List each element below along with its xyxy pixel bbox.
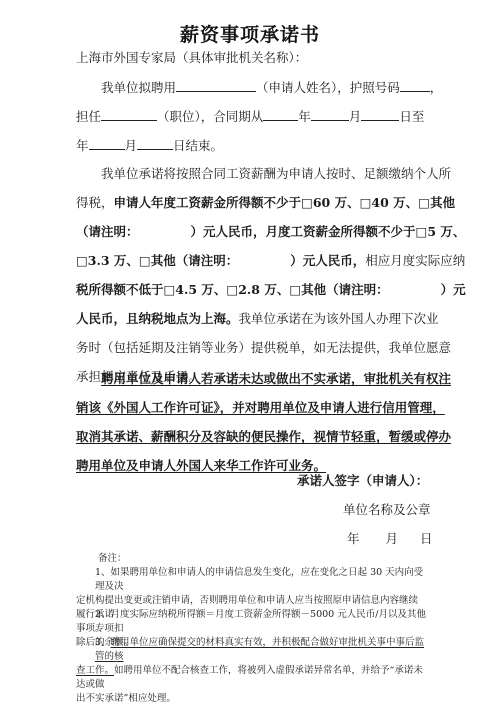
start-day-blank[interactable] xyxy=(361,108,399,121)
monthly-other-option: □3.3 万、□其他（请注明： xyxy=(76,253,238,268)
start-month-blank[interactable] xyxy=(311,108,349,121)
applicant-name-blank[interactable] xyxy=(176,79,256,92)
position-blank[interactable] xyxy=(101,108,157,121)
unit-seal-label: 单位名称及公章 xyxy=(343,500,431,518)
text: 年 xyxy=(76,138,89,153)
signature-date: 年月日 xyxy=(347,529,433,547)
month-label: 月 xyxy=(386,531,399,546)
text: ）元人民币， xyxy=(290,253,365,268)
para2-line4: □3.3 万、□其他（请注明：）元人民币，相应月度实际应纳 xyxy=(76,253,426,269)
end-month-blank[interactable] xyxy=(137,137,173,150)
text: 如聘用单位不配合核查工作，将被列入虚假承诺异常名单，并给予“承诺未达或做 xyxy=(76,665,423,690)
year-label: 年 xyxy=(347,531,360,546)
end-year-blank[interactable] xyxy=(89,137,125,150)
text: 日至 xyxy=(399,109,424,124)
text: （申请人姓名），护照号码 xyxy=(256,80,400,95)
text: 担任 xyxy=(76,109,101,124)
text: ，且纳税地点为上海。 xyxy=(114,311,239,326)
text: 日结束。 xyxy=(173,138,223,153)
text: 我单位承诺在为该外国人办理下次业 xyxy=(239,311,439,326)
text: 我单位拟聘用 xyxy=(101,80,176,95)
text: 月 xyxy=(125,138,138,153)
para2-line6: 人民币，且纳税地点为上海。我单位承诺在为该外国人办理下次业 xyxy=(76,311,426,327)
addressee: 上海市外国专家局（具体审批机关名称）： xyxy=(76,50,426,66)
text: 查工作。 xyxy=(76,665,114,676)
para3-line2: 销该《外国人工作许可证》，并对聘用单位及申请人进行信用管理， xyxy=(76,400,426,416)
signer-label: 承诺人签字（申请人）： xyxy=(297,471,428,489)
passport-number-blank[interactable] xyxy=(400,79,430,92)
para1-line3: 年月日结束。 xyxy=(76,137,426,154)
text: 1、如果聘用单位和申请人的申请信息发生变化，应在变化之日起 30 天内向受理及决 xyxy=(76,566,426,594)
para1-line2: 担任（职位），合同期从年月日至 xyxy=(76,108,426,125)
para3-line1: 聘用单位及申请人若承诺未达或做出不实承诺，审批机关有权注 xyxy=(101,371,451,387)
para2-line1: 我单位承诺将按照合同工资薪酬为申请人按时、足额缴纳个人所 xyxy=(101,166,451,182)
para2-line3: （请注明：）元人民币，月度工资薪金所得额不少于□5 万、 xyxy=(76,224,426,240)
text: 年 xyxy=(298,109,311,124)
text: ）元 xyxy=(441,282,466,297)
para3-line3: 取消其承诺、薪酬积分及容缺的便民操作，视情节轻重，暂缓或停办 xyxy=(76,429,426,445)
para2-line5: 税所得额不低于□4.5 万、□2.8 万、□其他（请注明：）元 xyxy=(76,282,426,298)
text: （请注明： xyxy=(76,224,139,239)
day-label: 日 xyxy=(420,531,433,546)
para2-line7: 务时（包括延期及注销等业务）提供税单，如无法提供，我单位愿意 xyxy=(76,340,426,356)
notes-heading: 备注： xyxy=(98,552,448,566)
taxable-income-options: 税所得额不低于□4.5 万、□2.8 万、□其他（请注明： xyxy=(76,282,389,297)
para2-line2: 得税，申请人年度工资薪金所得额不少于□60 万、□40 万、□其他 xyxy=(76,195,426,211)
text: ， xyxy=(430,80,443,95)
text: 2、月度实际应纳税所得额＝月度工资薪金所得额－5000 元人民币/月以及其他专项… xyxy=(76,608,426,636)
text: 出不实承诺”相应处理。 xyxy=(76,692,426,706)
text: 人民币 xyxy=(76,311,114,326)
document-page: 薪资事项承诺书 上海市外国专家局（具体审批机关名称）： 我单位拟聘用（申请人姓名… xyxy=(0,0,500,707)
text: 月 xyxy=(349,109,362,124)
para1-line1: 我单位拟聘用（申请人姓名），护照号码， xyxy=(101,79,451,96)
text: 聘用单位应确保提交的材料真实有效，并积极配合做好审批机关事中事后监管的核 xyxy=(95,637,424,662)
text: 相应月度实际应纳 xyxy=(365,253,465,268)
annual-salary-options: 申请人年度工资薪金所得额不少于□60 万、□40 万、□其他 xyxy=(114,195,455,210)
monthly-salary-options: ）元人民币，月度工资薪金所得额不少于□5 万、 xyxy=(191,224,466,239)
text: 3、 xyxy=(95,637,111,648)
text: 得税， xyxy=(76,195,114,210)
document-title: 薪资事项承诺书 xyxy=(0,20,500,47)
start-year-blank[interactable] xyxy=(263,108,298,121)
note-3: 3、聘用单位应确保提交的材料真实有效，并积极配合做好审批机关事中事后监管的核 查… xyxy=(76,636,426,706)
text: （职位），合同期从 xyxy=(157,109,263,124)
